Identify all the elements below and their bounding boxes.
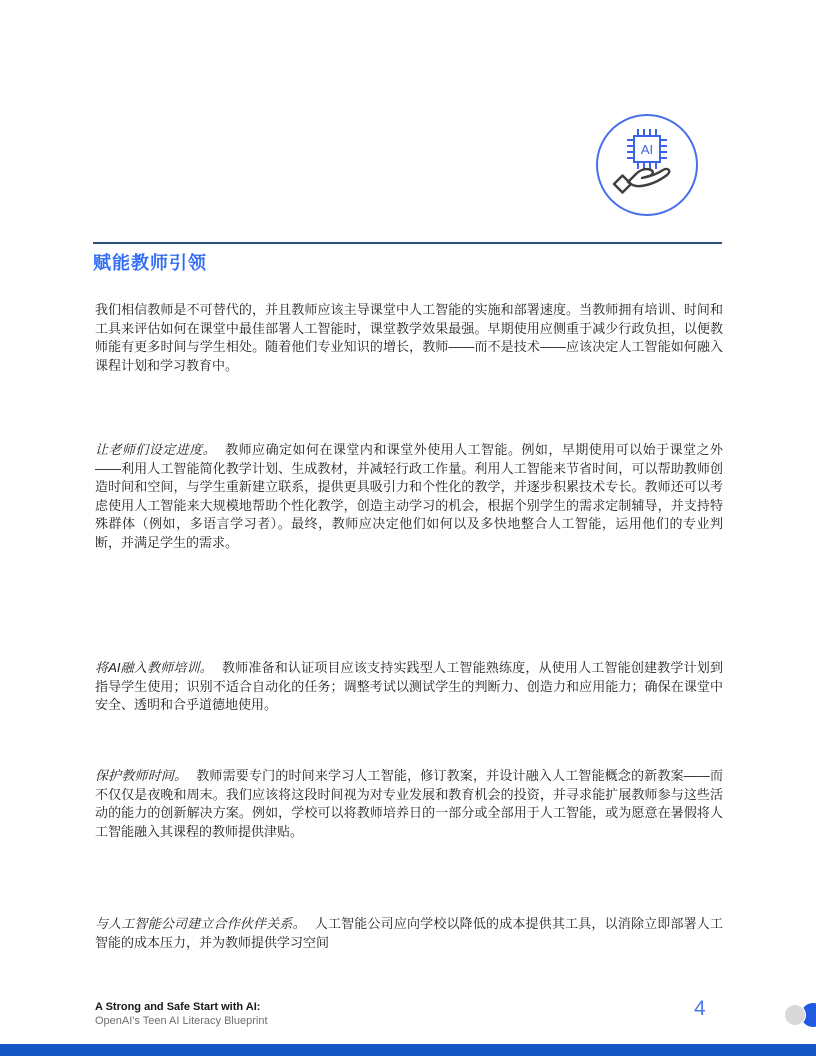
bottom-accent-bar [0, 1044, 816, 1056]
paragraph-lead: 将AI融入教师培训。 [95, 660, 213, 675]
hand-icon [614, 169, 669, 193]
paragraph-lead: 保护教师时间。 [95, 768, 187, 783]
footer-doc-subtitle: OpenAI's Teen AI Literacy Blueprint [95, 1015, 268, 1027]
paragraph-set-the-pace: 让老师们设定进度。教师应确定如何在课堂内和课堂外使用人工智能。例如，早期使用可以… [95, 441, 723, 552]
intro-paragraph: 我们相信教师是不可替代的，并且教师应该主导课堂中人工智能的实施和部署速度。当教师… [95, 301, 723, 375]
footer-doc-title: A Strong and Safe Start with AI: [95, 1001, 260, 1013]
document-page: AI 赋能教师引领 我们相信教师是不可替代的，并且教师应该主导课堂中人工智能的实… [0, 0, 816, 1056]
intro-paragraph-text: 我们相信教师是不可替代的，并且教师应该主导课堂中人工智能的实施和部署速度。当教师… [95, 302, 723, 373]
paragraph-body: 教师需要专门的时间来学习人工智能，修订教案，并设计融入人工智能概念的新教案——而… [95, 768, 723, 839]
paragraph-ai-company-partnership: 与人工智能公司建立合作伙伴关系。人工智能公司应向学校以降低的成本提供其工具，以消… [95, 915, 723, 952]
paragraph-lead: 让老师们设定进度。 [95, 442, 216, 457]
icon-circle-border [597, 115, 697, 215]
section-divider-line [93, 242, 722, 244]
ai-chip-on-hand-icon: AI [594, 112, 700, 218]
chip-label: AI [641, 142, 653, 157]
paragraph-teacher-training: 将AI融入教师培训。教师准备和认证项目应该支持实践型人工智能熟练度，从使用人工智… [95, 659, 723, 715]
paragraph-lead: 与人工智能公司建立合作伙伴关系。 [95, 916, 306, 931]
section-title: 赋能教师引领 [93, 249, 207, 275]
floating-overlay-button[interactable] [785, 1003, 816, 1028]
overlay-button-gray-circle[interactable] [785, 1005, 805, 1025]
paragraph-body: 教师应确定如何在课堂内和课堂外使用人工智能。例如，早期使用可以始于课堂之外——利… [95, 442, 723, 550]
paragraph-protect-teacher-time: 保护教师时间。教师需要专门的时间来学习人工智能，修订教案，并设计融入人工智能概念… [95, 767, 723, 841]
page-number: 4 [694, 997, 706, 1021]
